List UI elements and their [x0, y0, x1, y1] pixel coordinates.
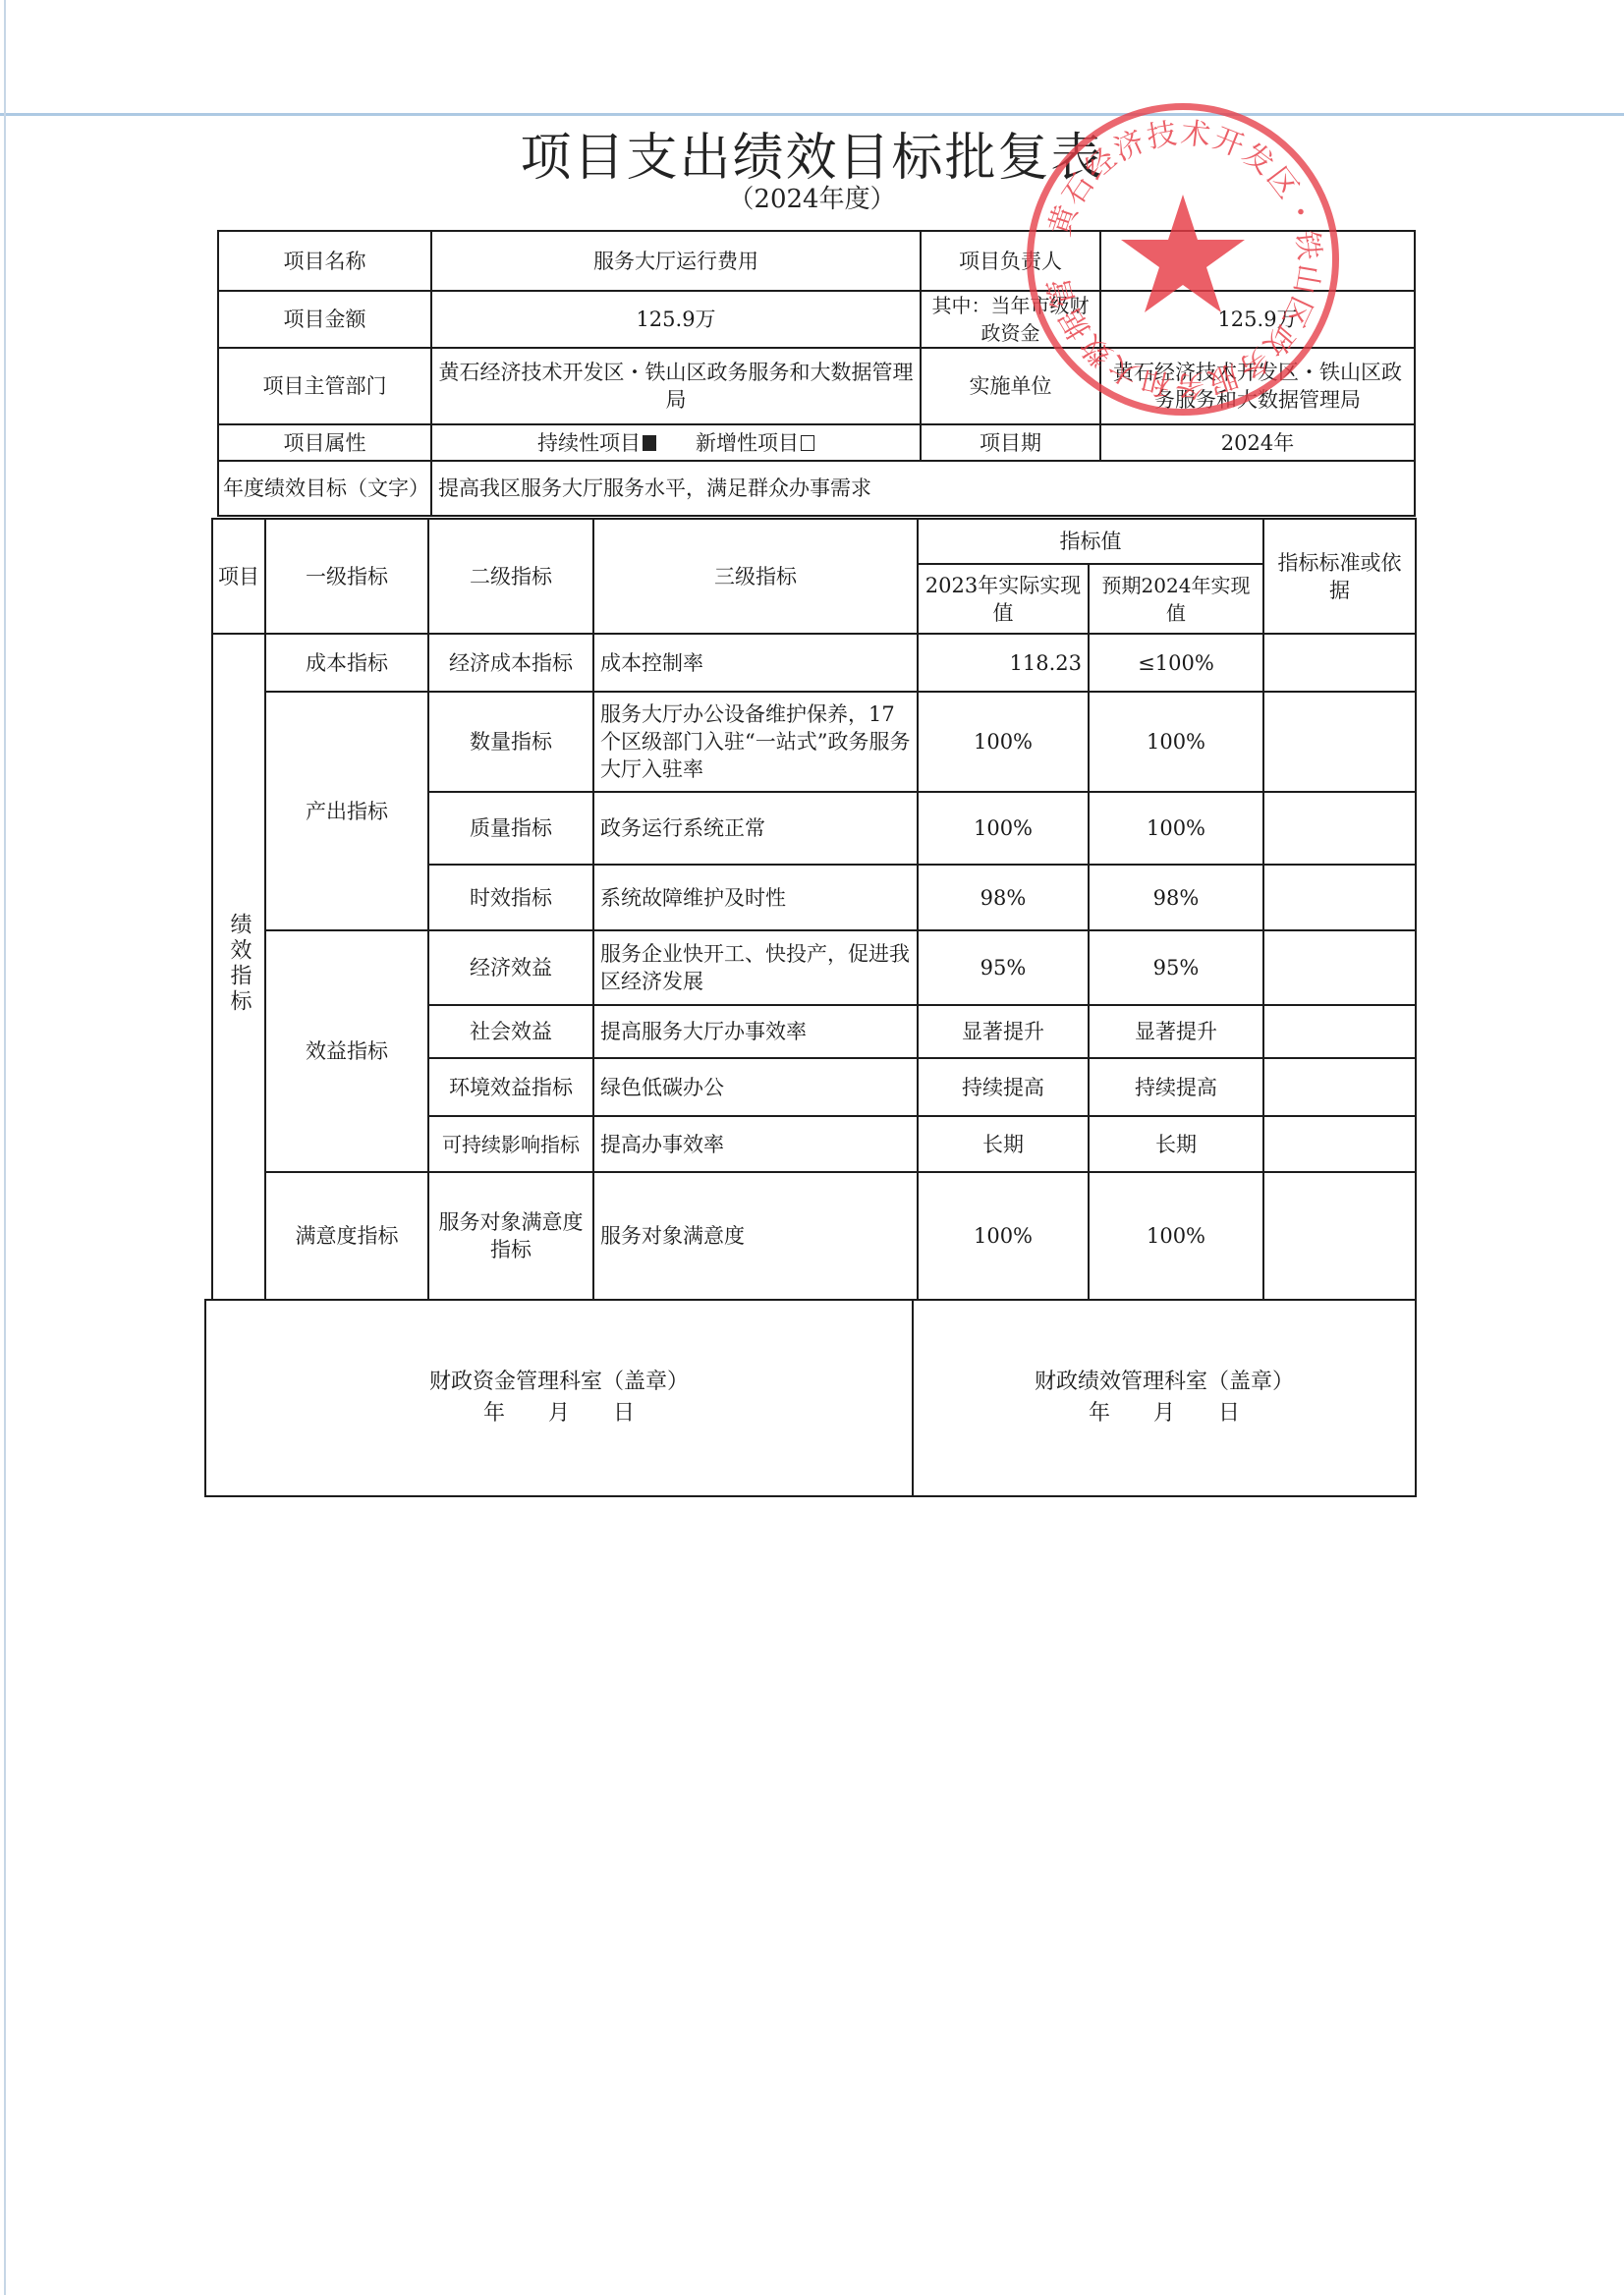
- cell-actual-2023: 98%: [918, 865, 1089, 930]
- project-info-table: 项目名称 服务大厅运行费用 项目负责人 项目金额 125.9万 其中：当年市级财…: [217, 230, 1416, 517]
- cell-level3: 提高办事效率: [593, 1116, 918, 1172]
- cell-basis: [1263, 692, 1416, 792]
- header-level1: 一级指标: [265, 519, 428, 634]
- cell-level2: 环境效益指标: [428, 1058, 593, 1116]
- cell-basis: [1263, 865, 1416, 930]
- value-project-name: 服务大厅运行费用: [431, 231, 921, 291]
- cell-level3: 服务企业快开工、快投产，促进我区经济发展: [593, 930, 918, 1005]
- header-value-group: 指标值: [918, 519, 1263, 564]
- cell-level2: 数量指标: [428, 692, 593, 792]
- cell-actual-2023: 持续提高: [918, 1058, 1089, 1116]
- cell-expected-2024: ≤100%: [1089, 634, 1263, 692]
- row-department: 项目主管部门 黄石经济技术开发区・铁山区政务服务和大数据管理局 实施单位 黄石经…: [218, 348, 1415, 424]
- cell-actual-2023: 95%: [918, 930, 1089, 1005]
- cell-level2: 服务对象满意度指标: [428, 1172, 593, 1300]
- signature-finance-performance-office: 财政绩效管理科室（盖章） 年 月 日: [913, 1300, 1416, 1496]
- group-performance-indicator: 绩效指标: [212, 634, 265, 1300]
- value-city-fund: 125.9万: [1100, 291, 1415, 348]
- label-project-name: 项目名称: [218, 231, 431, 291]
- header-row-1: 项目 一级指标 二级指标 三级指标 指标值 指标标准或依据: [212, 519, 1416, 564]
- signature-table: 财政资金管理科室（盖章） 年 月 日 财政绩效管理科室（盖章） 年 月 日: [204, 1299, 1417, 1497]
- cell-expected-2024: 100%: [1089, 692, 1263, 792]
- indicator-table: 项目 一级指标 二级指标 三级指标 指标值 指标标准或依据 2023年实际实现值…: [211, 518, 1417, 1301]
- row-annual-goal: 年度绩效目标（文字） 提高我区服务大厅服务水平，满足群众办事需求: [218, 461, 1415, 516]
- cell-level3: 服务对象满意度: [593, 1172, 918, 1300]
- header-level3: 三级指标: [593, 519, 918, 634]
- cell-expected-2024: 持续提高: [1089, 1058, 1263, 1116]
- label-period: 项目期: [921, 424, 1100, 461]
- signature-row: 财政资金管理科室（盖章） 年 月 日 财政绩效管理科室（盖章） 年 月 日: [205, 1300, 1416, 1496]
- cell-level2: 经济成本指标: [428, 634, 593, 692]
- value-project-leader: [1100, 231, 1415, 291]
- cell-level3: 提高服务大厅办事效率: [593, 1005, 918, 1058]
- cell-basis: [1263, 1005, 1416, 1058]
- signature-finance-fund-office: 财政资金管理科室（盖章） 年 月 日: [205, 1300, 913, 1496]
- cell-level2: 经济效益: [428, 930, 593, 1005]
- cell-expected-2024: 95%: [1089, 930, 1263, 1005]
- document-subtitle: （2024年度）: [0, 179, 1624, 215]
- scan-edge-line: [4, 0, 6, 2295]
- cell-expected-2024: 100%: [1089, 1172, 1263, 1300]
- cell-expected-2024: 显著提升: [1089, 1005, 1263, 1058]
- value-project-amount: 125.9万: [431, 291, 921, 348]
- label-project-leader: 项目负责人: [921, 231, 1100, 291]
- cell-expected-2024: 100%: [1089, 792, 1263, 865]
- value-annual-goal: 提高我区服务大厅服务水平，满足群众办事需求: [431, 461, 1415, 516]
- value-department: 黄石经济技术开发区・铁山区政务服务和大数据管理局: [431, 348, 921, 424]
- cell-level3: 系统故障维护及时性: [593, 865, 918, 930]
- header-actual-2023: 2023年实际实现值: [918, 564, 1089, 634]
- label-annual-goal: 年度绩效目标（文字）: [218, 461, 431, 516]
- label-project-amount: 项目金额: [218, 291, 431, 348]
- cell-level2: 质量指标: [428, 792, 593, 865]
- cell-actual-2023: 118.23: [918, 634, 1089, 692]
- cell-level3: 绿色低碳办公: [593, 1058, 918, 1116]
- cell-basis: [1263, 930, 1416, 1005]
- table-row: 绩效指标 成本指标 经济成本指标 成本控制率 118.23 ≤100%: [212, 634, 1416, 692]
- value-period: 2024年: [1100, 424, 1415, 461]
- finance-performance-office-label: 财政绩效管理科室（盖章）: [918, 1367, 1411, 1398]
- label-city-fund: 其中：当年市级财政资金: [921, 291, 1100, 348]
- finance-performance-office-date: 年 月 日: [918, 1398, 1411, 1429]
- attr-new-label: 新增性项目: [696, 431, 799, 455]
- value-implementer: 黄石经济技术开发区・铁山区政务服务和大数据管理局: [1100, 348, 1415, 424]
- cell-expected-2024: 长期: [1089, 1116, 1263, 1172]
- header-basis: 指标标准或依据: [1263, 519, 1416, 634]
- header-level2: 二级指标: [428, 519, 593, 634]
- table-row: 满意度指标 服务对象满意度指标 服务对象满意度 100% 100%: [212, 1172, 1416, 1300]
- header-expected-2024: 预期2024年实现值: [1089, 564, 1263, 634]
- cell-level1: 满意度指标: [265, 1172, 428, 1300]
- label-department: 项目主管部门: [218, 348, 431, 424]
- header-item: 项目: [212, 519, 265, 634]
- cell-basis: [1263, 634, 1416, 692]
- label-attribute: 项目属性: [218, 424, 431, 461]
- cell-actual-2023: 100%: [918, 792, 1089, 865]
- cell-basis: [1263, 1058, 1416, 1116]
- table-row: 效益指标 经济效益 服务企业快开工、快投产，促进我区经济发展 95% 95%: [212, 930, 1416, 1005]
- cell-basis: [1263, 1116, 1416, 1172]
- value-attribute: 持续性项目 新增性项目: [431, 424, 921, 461]
- cell-level3: 服务大厅办公设备维护保养，17个区级部门入驻“一站式”政务服务大厅入驻率: [593, 692, 918, 792]
- checkbox-continuing-checked-icon: [643, 435, 656, 451]
- cell-level3: 成本控制率: [593, 634, 918, 692]
- cell-actual-2023: 长期: [918, 1116, 1089, 1172]
- cell-level2: 时效指标: [428, 865, 593, 930]
- cell-basis: [1263, 792, 1416, 865]
- cell-level2: 可持续影响指标: [428, 1116, 593, 1172]
- cell-expected-2024: 98%: [1089, 865, 1263, 930]
- cell-level3: 政务运行系统正常: [593, 792, 918, 865]
- finance-fund-office-date: 年 月 日: [210, 1398, 908, 1429]
- attr-continuing-label: 持续性项目: [537, 431, 641, 455]
- cell-level1: 产出指标: [265, 692, 428, 930]
- row-attribute: 项目属性 持续性项目 新增性项目 项目期 2024年: [218, 424, 1415, 461]
- cell-level2: 社会效益: [428, 1005, 593, 1058]
- cell-actual-2023: 100%: [918, 692, 1089, 792]
- cell-level1: 效益指标: [265, 930, 428, 1172]
- cell-actual-2023: 显著提升: [918, 1005, 1089, 1058]
- table-row: 产出指标 数量指标 服务大厅办公设备维护保养，17个区级部门入驻“一站式”政务服…: [212, 692, 1416, 792]
- cell-basis: [1263, 1172, 1416, 1300]
- row-project-amount: 项目金额 125.9万 其中：当年市级财政资金 125.9万: [218, 291, 1415, 348]
- label-implementer: 实施单位: [921, 348, 1100, 424]
- cell-actual-2023: 100%: [918, 1172, 1089, 1300]
- row-project-name: 项目名称 服务大厅运行费用 项目负责人: [218, 231, 1415, 291]
- cell-level1: 成本指标: [265, 634, 428, 692]
- checkbox-new-empty-icon: [801, 435, 814, 451]
- finance-fund-office-label: 财政资金管理科室（盖章）: [210, 1367, 908, 1398]
